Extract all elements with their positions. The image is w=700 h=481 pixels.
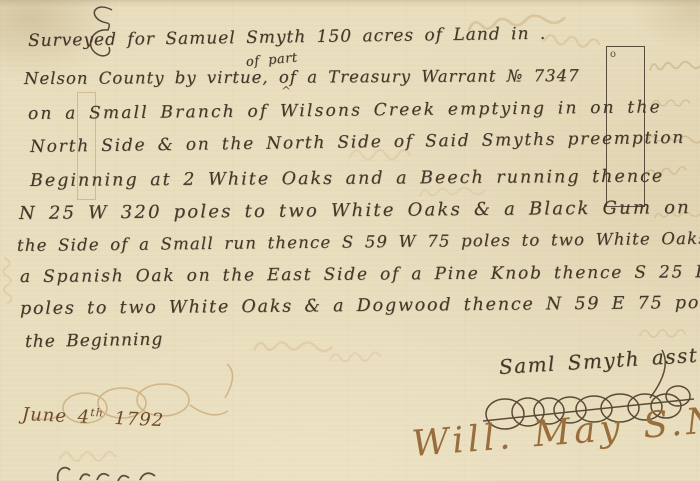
- handwritten-line-5: Beginning at 2 White Oaks and a Beech ru…: [30, 167, 664, 191]
- assistant-signature: Saml Smyth asst:: [498, 342, 700, 379]
- handwritten-line-9: poles to two White Oaks & a Dogwood then…: [20, 293, 700, 319]
- handwritten-line-3: on a Small Branch of Wilsons Creek empty…: [28, 97, 662, 124]
- handwritten-line-10: the Beginning: [25, 330, 164, 352]
- handwritten-line-6: N 25 W 320 poles to two White Oaks & a B…: [19, 197, 691, 224]
- handwritten-line-2: Nelson County by virtue, of a Treasury W…: [24, 66, 580, 88]
- date-day: June 4: [22, 404, 91, 428]
- handwritten-line-7: the Side of a Small run thence S 59 W 75…: [17, 228, 700, 255]
- manuscript-page: o Surveyed for Samuel Smyth 150 acres of…: [0, 0, 700, 481]
- handwritten-line-1: Surveyed for Samuel Smyth 150 acres of L…: [28, 24, 547, 51]
- surveyor-signature: Will. May S.N.C: [410, 396, 700, 465]
- date-ordinal: th: [90, 406, 104, 420]
- survey-date: June 4th 1792: [22, 403, 165, 431]
- handwritten-line-8: a Spanish Oak on the East Side of a Pine…: [20, 262, 700, 287]
- handwritten-line-4: North Side & on the North Side of Said S…: [30, 128, 685, 157]
- partial-line-strokes: [58, 468, 155, 481]
- insertion-caret: ^: [281, 84, 292, 98]
- plat-corner-marker: o: [610, 50, 616, 60]
- date-year: 1792: [114, 408, 165, 431]
